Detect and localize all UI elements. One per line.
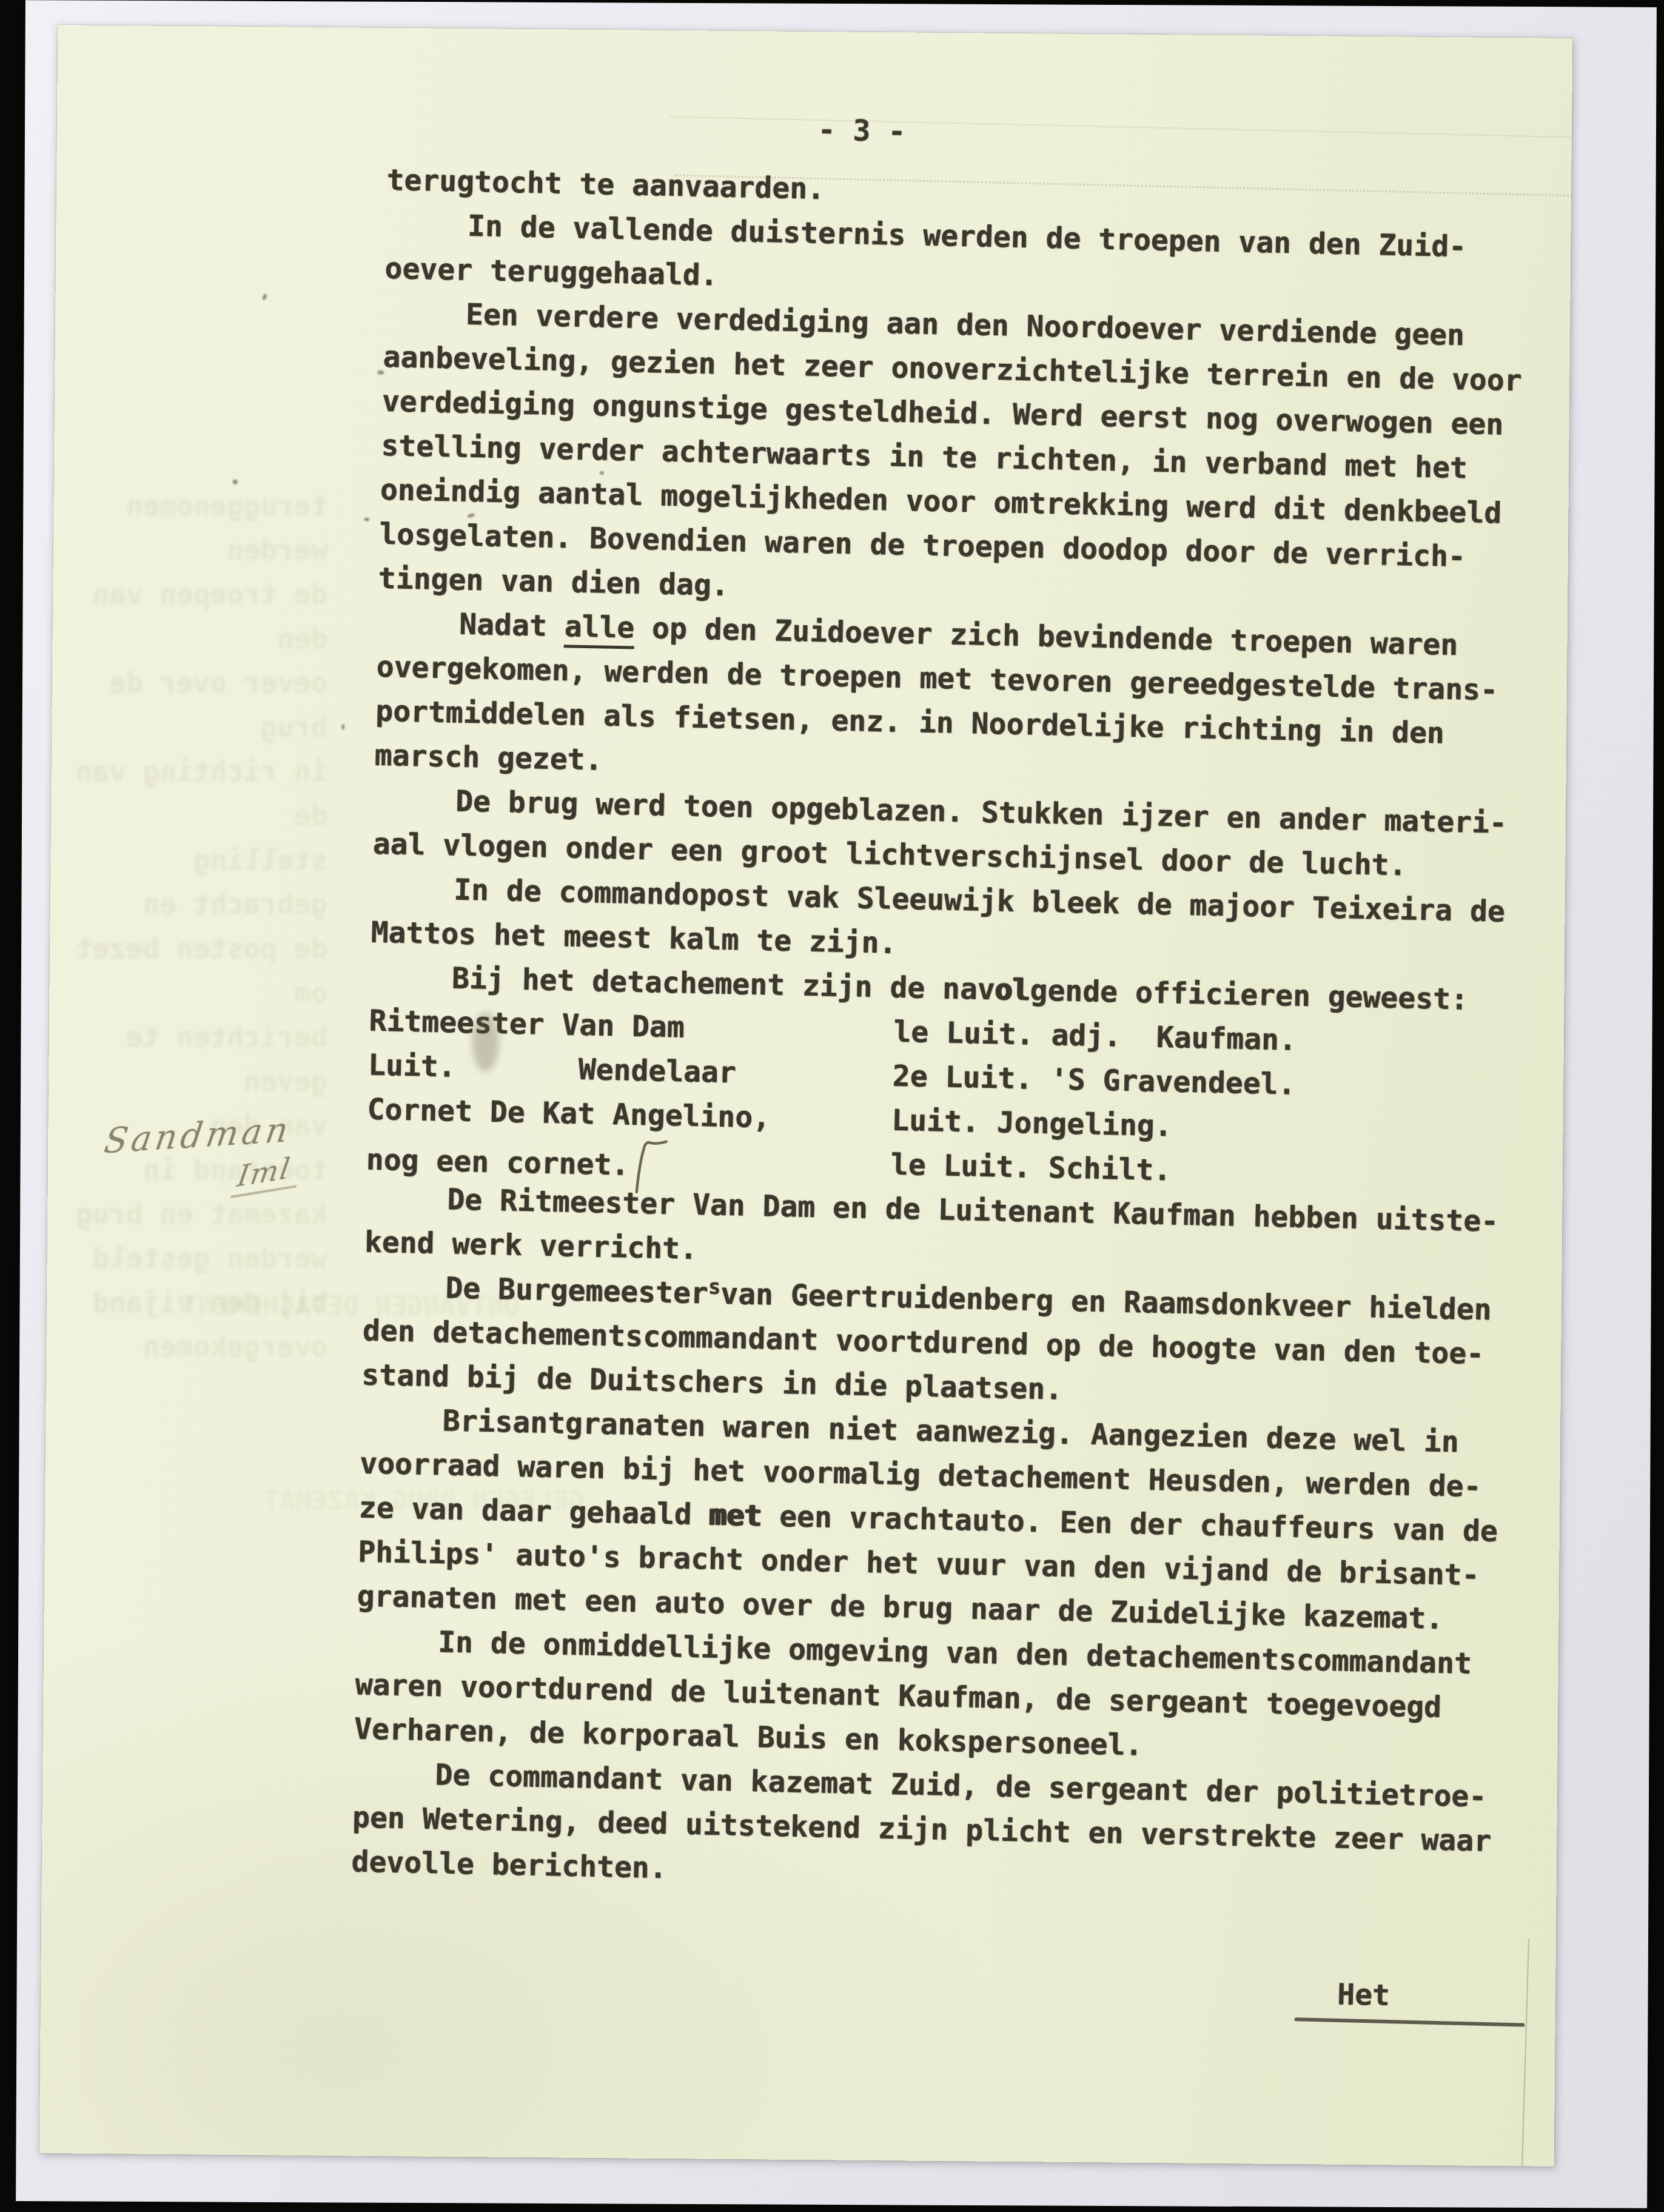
typed-text: ol	[995, 973, 1030, 1007]
closing-word: Het	[1337, 1972, 1391, 2018]
typed-text: devolle berichten.	[351, 1845, 667, 1885]
typed-text: oever teruggehaald.	[384, 252, 718, 292]
typed-text-right-column: Luit. Jongeling.	[891, 1099, 1173, 1149]
typed-text-right-column: le Luit. Schilt.	[890, 1143, 1172, 1193]
typed-text: Nadat	[459, 608, 565, 644]
paper-speck	[364, 518, 369, 521]
typed-text: met	[709, 1498, 762, 1533]
paper-speck	[261, 293, 267, 300]
typed-text: s	[708, 1275, 721, 1299]
typed-text: ze van daar gehaald	[358, 1490, 710, 1532]
handwritten-note-initials: Iml	[230, 1150, 302, 1198]
typed-body: terugtocht te aanvaarden.In de vallende …	[347, 158, 1554, 2080]
typed-text-right-column: 2e Luit. 'S Gravendeel.	[892, 1054, 1296, 1107]
typed-text: terugtocht te aanvaarden.	[386, 163, 825, 206]
typed-text: Ritmeester Van Dam	[369, 1004, 685, 1045]
closing-word-row: Het	[347, 1952, 1517, 2079]
handwritten-note-name: Sandman	[102, 1102, 423, 1161]
bleedthrough-text: teruggenomen werden de troepen van den o…	[61, 484, 327, 1369]
typed-text: Cornet De Kat Angelino,	[367, 1093, 771, 1135]
typed-text-right-column: le Luit. adj. Kaufman.	[893, 1010, 1297, 1063]
faint-rule	[669, 116, 1572, 138]
paper-crease-line	[1521, 1939, 1529, 2166]
typed-text: Luit. Wendelaar	[368, 1048, 737, 1090]
typed-underline	[1294, 2017, 1525, 2026]
scan-background: { "colors":{ "background":"#0b0a08", "ba…	[0, 0, 1664, 2212]
paper-speck	[341, 724, 344, 729]
typed-text: Mattos het meest kalm te zijn.	[371, 916, 897, 960]
page-number: - 3 -	[817, 113, 906, 149]
paper-speck	[377, 370, 384, 375]
typed-text: tingen van dien dag.	[378, 561, 729, 603]
typed-text: gende officieren geweest:	[1030, 973, 1468, 1016]
paper-speck	[233, 480, 238, 484]
typed-text: kend werk verricht.	[364, 1225, 697, 1266]
typed-text: Bij het detachement zijn de nav	[452, 961, 996, 1007]
typed-text: alle	[564, 609, 635, 649]
typed-text: De Burgemeester	[445, 1271, 709, 1310]
paper-speck	[600, 471, 604, 475]
document-page: - 3 - terugtocht te aanvaarden.In de val…	[39, 25, 1573, 2167]
typed-text: marsch gezet.	[374, 739, 603, 777]
